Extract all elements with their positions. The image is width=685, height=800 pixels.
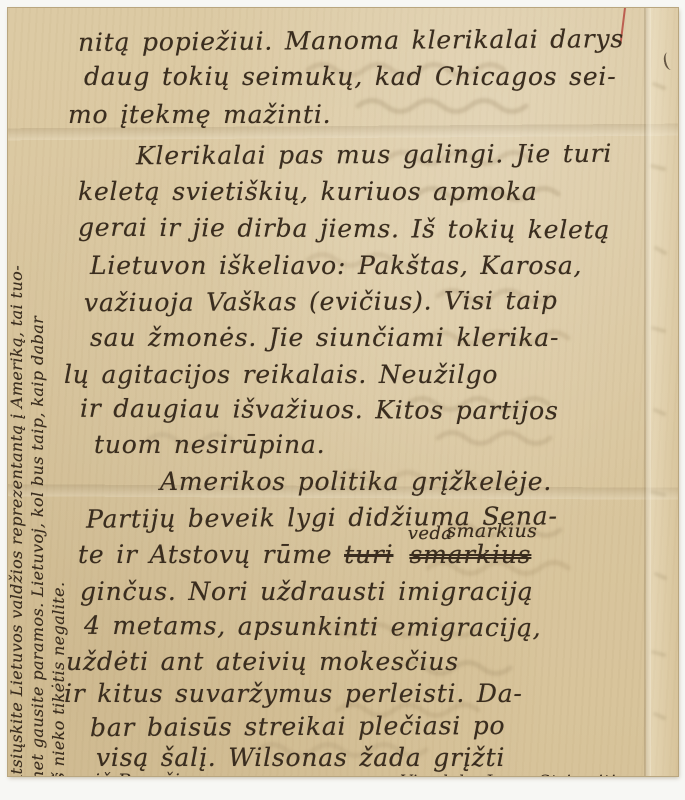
handwritten-line: daug tokių seimukų, kad Chicagos sei- [84,62,616,91]
handwritten-line: sau žmonės. Jie siunčiami klerika- [90,323,559,352]
handwritten-line: uždėti ant ateivių mokesčius [66,647,459,676]
margin-note-line: iš nieko tikėtis negalite. [48,26,69,776]
handwritten-line-with-edits: te ir Atstovų rūme turismarkiusvedasmark… [78,540,531,569]
handwritten-line: Lietuvon iškeliavo: Pakštas, Karosa, [90,251,582,280]
handwritten-line: mo įtekmę mažinti. [68,100,331,129]
handwritten-line: tuom nesirūpina. [94,430,325,459]
margin-note-line: met gausite paramos. Lietuvoj, kol bus t… [27,26,48,776]
handwritten-line: lų agitacijos reikalais. Neužilgo [64,360,498,389]
crossed-out-word: smarkius [409,540,531,569]
inserted-word-above: smarkius [446,520,537,542]
handwritten-line: važiuoja Vaškas (evičius). Visi taip [84,286,558,317]
handwritten-line: gerai ir jie dirba jiems. Iš tokių kelet… [78,213,610,245]
crossed-out-word: turi [344,540,393,569]
handwritten-line-paragraph-start: Amerikos politika grįžkelėje. [160,467,552,496]
letter-paper-sheet: nitą popiežiui. Manoma klerikalai darys … [8,8,678,776]
vertical-fold-crease [644,8,651,776]
edit-line-prefix: te ir Atstovų rūme [78,540,344,569]
handwritten-line-paragraph-start: Klerikalai pas mus galingi. Jie turi [136,139,612,170]
handwritten-line: bar baisūs streikai plečiasi po [90,711,506,742]
handwritten-line: visą šalį. Wilsonas žada grįžti [96,743,505,772]
closing-place: iš Paryžiaus. [94,770,222,776]
handwritten-line: ir daugiau išvažiuos. Kitos partijos [80,394,559,426]
scanned-letter-page: { "colors": { "bg": "#f7f7f4", "paper": … [0,0,685,800]
vertical-margin-note: Atsiųskite Lietuvos valdžios reprezentan… [8,26,69,776]
margin-note-line: Atsiųskite Lietuvos valdžios reprezentan… [8,26,27,776]
handwritten-line: ginčus. Nori uždrausti imigraciją [80,577,533,606]
handwritten-line: ir kitus suvaržymus perleisti. Da- [64,679,523,708]
signature: Viso labo Jonas Strimaitis [400,772,625,776]
edit-cluster: turismarkiusvedasmarkius [344,540,531,569]
handwritten-line: nitą popiežiui. Manoma klerikalai darys [78,24,624,57]
handwritten-line: 4 metams, apsunkinti emigraciją, [84,611,542,642]
handwritten-line: keletą svietiškių, kuriuos apmoka [78,177,538,206]
